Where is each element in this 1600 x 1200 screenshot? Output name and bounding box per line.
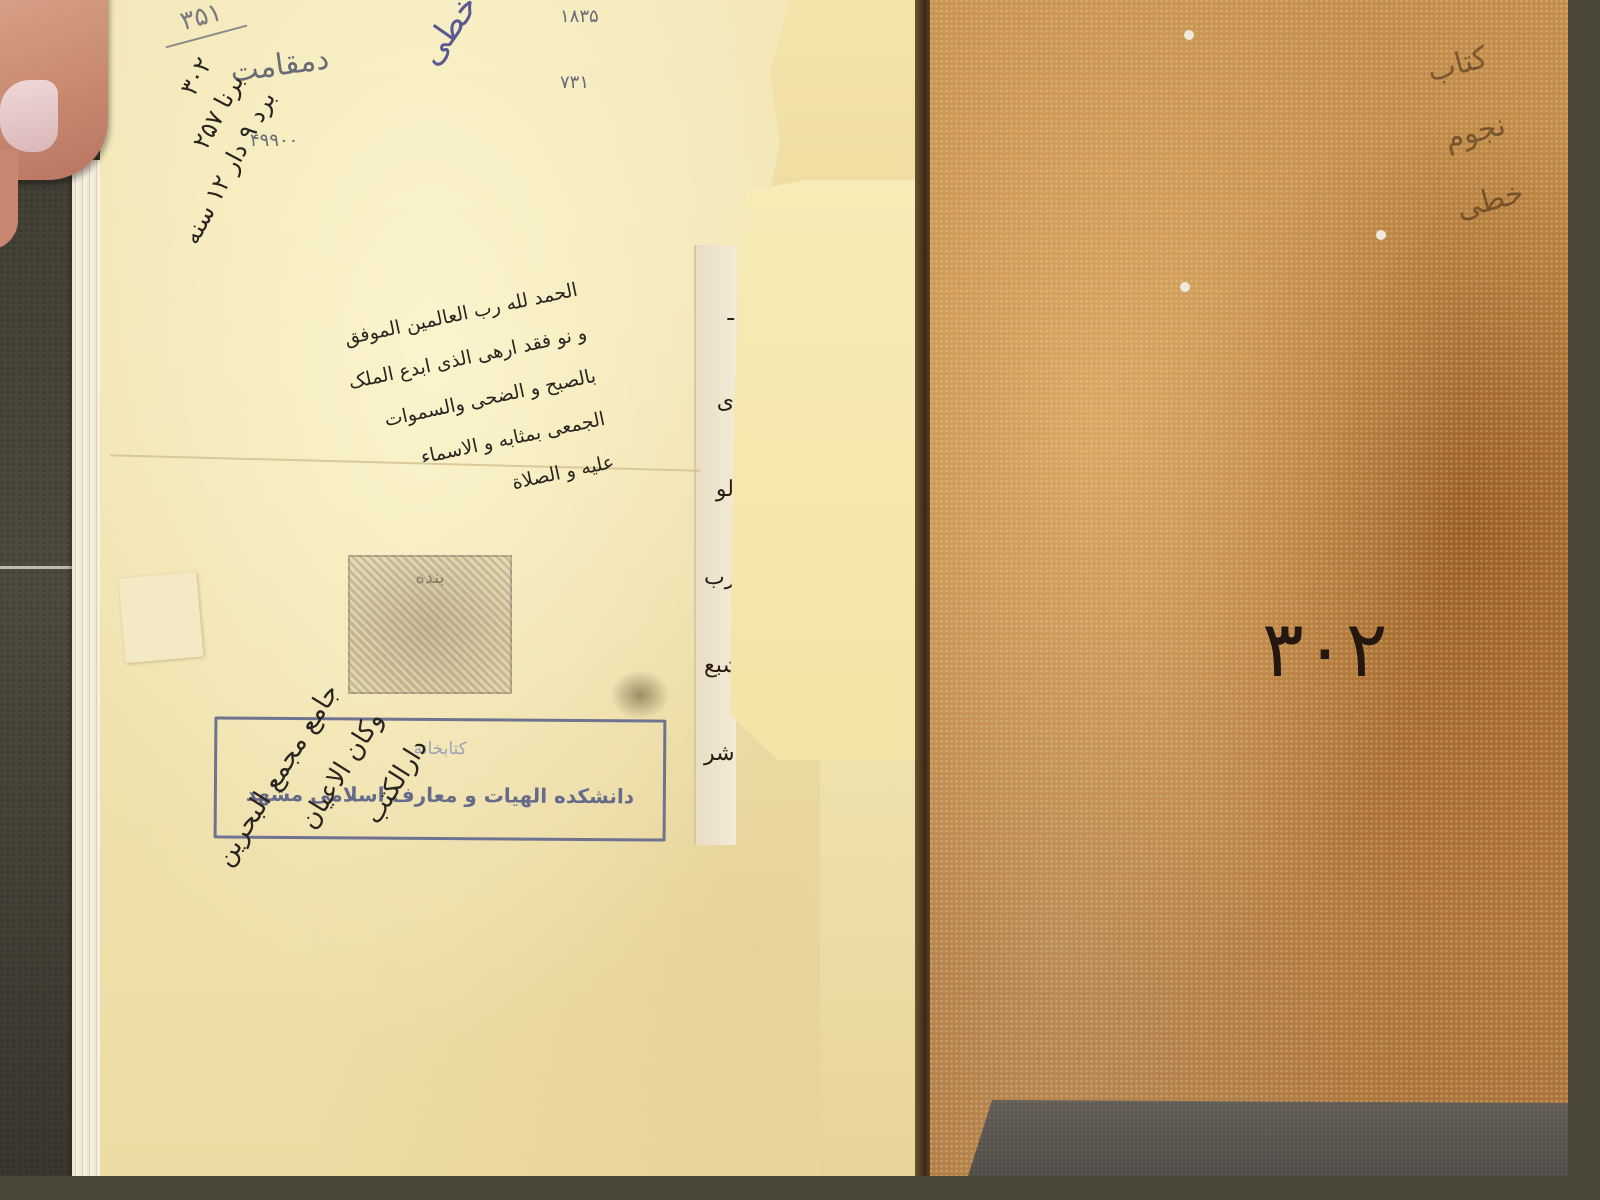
- ownership-seal: بنده: [348, 555, 512, 694]
- pencil-number: ۱۸۳۵: [560, 6, 599, 27]
- ink-stain: [610, 670, 670, 720]
- margin-letter: ی: [704, 358, 734, 446]
- margin-letter: شر: [704, 710, 734, 798]
- table-grid-line: [0, 566, 82, 569]
- cover-inner-panel: [968, 1100, 1568, 1176]
- shelf-number: ۳۰۲: [1262, 605, 1388, 695]
- margin-letter: رب: [704, 534, 734, 622]
- seal-text: بنده: [350, 567, 510, 588]
- cover-fleck: [1184, 30, 1194, 40]
- pencil-number: ۷۳۱: [560, 72, 589, 93]
- torn-paper-flap-lower: [820, 760, 924, 1176]
- paper-patch: [118, 572, 203, 663]
- margin-letter: ـ: [704, 270, 734, 358]
- thumbnail: [0, 80, 58, 152]
- cover-fleck: [1180, 282, 1190, 292]
- margin-letter: لو: [704, 446, 734, 534]
- margin-text-fragments: ـ ی لو رب شبع شر: [704, 270, 734, 798]
- torn-paper-flap: [730, 180, 920, 760]
- margin-letter: شبع: [704, 622, 734, 710]
